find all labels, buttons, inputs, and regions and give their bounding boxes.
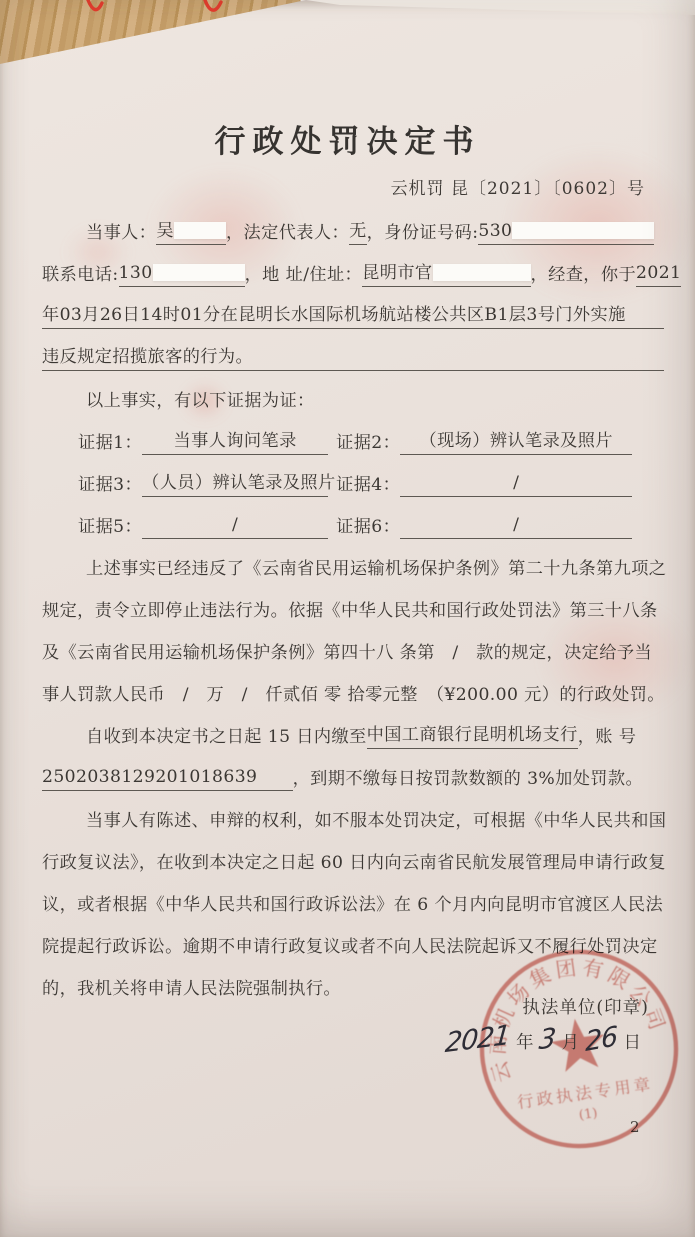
- evidence-row-3: 证据5： / 证据6： /: [42, 502, 664, 544]
- fact-text-1: 年03月26日14时01分在昆明长水国际机场航站楼公共区B1层3号门外实施: [42, 304, 626, 329]
- document-number: 云机罚 昆〔2021〕〔0602〕号: [391, 174, 645, 199]
- fact-line-2: 违反规定招揽旅客的行为。: [42, 334, 664, 376]
- redaction-box: [433, 264, 531, 281]
- evidence-label: 证据3：: [78, 474, 142, 497]
- bank-name: 中国工商银行昆明机场支行: [367, 724, 578, 749]
- handwritten-year: 2021: [444, 1020, 511, 1059]
- appeal-line-2: 行政复议法》，在收到本决定之日起 60 日内向云南省民航发展管理局申请行政复: [42, 838, 664, 880]
- evidence-label: 证据1：: [78, 432, 142, 455]
- payment-line-2: 2502038129201018639 ，到期不缴每日按罚款数额的 3%加处罚款…: [42, 754, 664, 796]
- decision-line-1: 上述事实已经违反了《云南省民用运输机场保护条例》第二十九条第九项之: [42, 544, 664, 586]
- evidence-label: 证据4：: [336, 474, 400, 497]
- evidence-value: /: [400, 514, 632, 539]
- redaction-box: [153, 264, 245, 281]
- document-photo: 行政处罚决定书 云机罚 昆〔2021〕〔0602〕号 当事人： 吴 ，法定代表人…: [0, 0, 695, 1237]
- seal-number: (1): [578, 1106, 598, 1123]
- month-char: 月: [562, 1029, 580, 1054]
- payment-line-1: 自收到本决定书之日起 15 日内缴至 中国工商银行昆明机场支行 ，账 号: [42, 712, 664, 754]
- redaction-box: [512, 222, 654, 239]
- decision-line-2: 规定，责令立即停止违法行为。依据《中华人民共和国行政处罚法》第三十八条: [42, 586, 664, 628]
- appeal-line-1: 当事人有陈述、申辩的权利，如不服本处罚决定，可根据《中华人民共和国: [42, 796, 664, 838]
- redaction-box: [174, 222, 226, 239]
- document-body: 当事人： 吴 ，法定代表人： 无 ，身份证号码: 530 联系电话: 130 ，…: [42, 208, 664, 1006]
- evidence-intro: 以上事实，有以下证据为证：: [42, 376, 664, 418]
- decision-line-4: 事人罚款人民币 / 万 / 仟贰佰 零 拾零元整 （¥200.00 元）的行政处…: [42, 670, 664, 712]
- evidence-value: （现场）辨认笔录及照片: [400, 430, 632, 455]
- address-prefix: 昆明市官: [362, 263, 432, 283]
- evidence-row-1: 证据1： 当事人询问笔录 证据2： （现场）辨认笔录及照片: [42, 418, 664, 460]
- address-label: ，地 址/住址：: [245, 264, 363, 287]
- handwritten-month: 3: [538, 1023, 557, 1057]
- id-prefix: 530: [478, 221, 512, 241]
- evidence-label: 证据5：: [78, 516, 142, 539]
- day-char: 日: [624, 1029, 642, 1054]
- violation-year: 2021: [636, 262, 681, 287]
- handwritten-day: 26: [585, 1021, 617, 1058]
- red-pen-marks: [0, 0, 300, 30]
- year-char: 年: [516, 1029, 534, 1054]
- id-label: ，身份证号码:: [367, 222, 479, 245]
- enforcement-unit-label: 执法单位(印章): [522, 994, 649, 1019]
- document-title: 行政处罚决定书: [0, 116, 695, 161]
- investigation-label: ，经查，你于: [531, 264, 637, 287]
- party-label: 当事人：: [86, 222, 156, 245]
- legal-rep-value: 无: [349, 220, 367, 245]
- fact-text-2: 违反规定招揽旅客的行为。: [42, 346, 253, 371]
- signature-date: 2021 年 3 月 26 日: [445, 1024, 647, 1055]
- evidence-row-2: 证据3： （人员）辨认笔录及照片 证据4： /: [42, 460, 664, 502]
- evidence-value: 当事人询问笔录: [142, 430, 328, 455]
- evidence-value: （人员）辨认笔录及照片: [142, 472, 328, 497]
- evidence-value: /: [142, 514, 328, 539]
- party-name: 吴: [156, 221, 174, 241]
- phone-prefix: 130: [119, 263, 153, 283]
- evidence-value: /: [400, 472, 632, 497]
- appeal-line-3: 议，或者根据《中华人民共和国行政诉讼法》在 6 个月内向昆明市官渡区人民法: [42, 880, 664, 922]
- legal-rep-label: ，法定代表人：: [226, 222, 349, 245]
- party-line-1: 当事人： 吴 ，法定代表人： 无 ，身份证号码: 530: [42, 208, 664, 250]
- evidence-label: 证据6：: [336, 516, 400, 539]
- fact-line-1: 年03月26日14时01分在昆明长水国际机场航站楼公共区B1层3号门外实施: [42, 292, 664, 334]
- decision-line-3: 及《云南省民用运输机场保护条例》第四十八 条第 / 款的规定，决定给予当: [42, 628, 664, 670]
- phone-label: 联系电话:: [42, 264, 119, 287]
- bank-account-number: 2502038129201018639: [42, 766, 257, 791]
- evidence-label: 证据2：: [336, 432, 400, 455]
- party-line-2: 联系电话: 130 ，地 址/住址： 昆明市官 ，经查，你于 2021: [42, 250, 664, 292]
